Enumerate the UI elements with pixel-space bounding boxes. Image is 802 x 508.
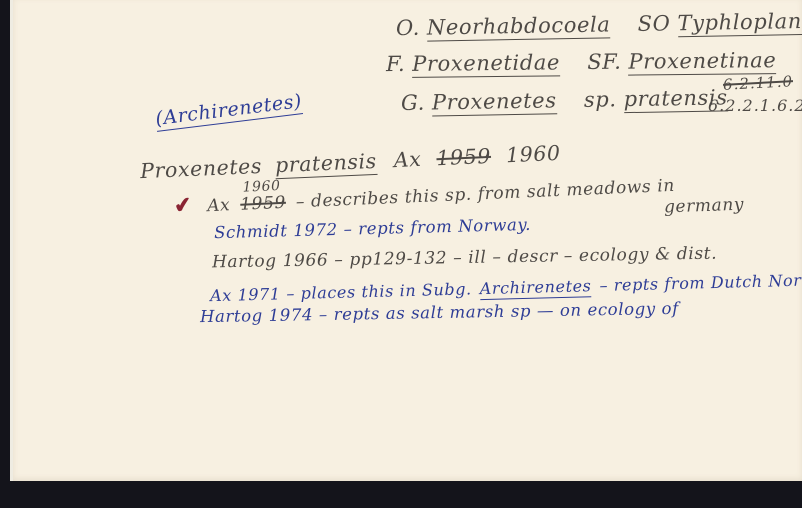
- heading-year-corrected: 1960: [506, 141, 562, 167]
- entry-schmidt-1972: Schmidt 1972 – repts from Norway.: [214, 215, 531, 242]
- heading-year-struck: 1959: [436, 144, 492, 170]
- subfamily-group: SF.Proxenetinae: [587, 48, 776, 74]
- suborder-name: Typhloplanoida: [677, 8, 802, 37]
- entry-ax-1971: Ax 1971 – places this in Subg.Archirenet…: [210, 268, 802, 305]
- red-checkmark-icon: ✔: [172, 191, 194, 218]
- index-card: O.Neorhabdocoela SOTyphloplanoida F.Prox…: [10, 0, 802, 481]
- scanned-card-photo: O.Neorhabdocoela SOTyphloplanoida F.Prox…: [0, 0, 802, 508]
- year-correction-group: 1960 1959: [240, 193, 287, 215]
- order-name: Neorhabdocoela: [427, 12, 611, 41]
- catalog-code-revised: 6.2.2.1.6.2: [708, 96, 802, 115]
- genus-label: G.: [401, 91, 425, 115]
- heading-author: Ax: [393, 147, 422, 172]
- subgenus-annotation-text: (Archirenetes): [154, 90, 303, 132]
- entry-hartog-1966: Hartog 1966 – pp129-132 – ill – descr – …: [212, 244, 717, 273]
- suborder-group: SOTyphloplanoida: [637, 8, 802, 36]
- corrected-year: 1960: [242, 178, 281, 196]
- family-name: Proxenetidae: [412, 50, 560, 78]
- family-label: F.: [386, 52, 405, 76]
- species-label: sp.: [584, 87, 617, 112]
- genus-name: Proxenetes: [432, 88, 557, 116]
- struck-year: 1959: [240, 193, 287, 215]
- entry-ax-1971-post: – repts from Dutch North Sea Coast: [599, 268, 802, 295]
- suborder-label: SO: [637, 11, 670, 36]
- taxonomy-line-family: F.Proxenetidae SF.Proxenetinae: [386, 48, 797, 76]
- entry-ax-1960: Ax 1960 1959 – describes this sp. from s…: [207, 176, 676, 216]
- order-group: O.Neorhabdocoela: [396, 12, 611, 40]
- subfamily-label: SF.: [587, 50, 621, 74]
- species-heading: Proxenetes pratensis Ax 1959 1960: [140, 141, 561, 183]
- species-group: sp.pratensis: [584, 85, 728, 112]
- subfamily-name: Proxenetinae: [628, 48, 776, 76]
- taxonomy-line-genus: G.Proxenetes sp.pratensis: [401, 85, 748, 115]
- catalog-code-struck: 6.2.11.0: [723, 72, 794, 94]
- subgenus-annotation: (Archirenetes): [154, 90, 303, 130]
- order-label: O.: [396, 16, 420, 40]
- taxonomy-line-order: O.Neorhabdocoela SOTyphloplanoida: [396, 8, 802, 40]
- entry-ax-1971-pre: Ax 1971 – places this in Subg.: [210, 279, 472, 305]
- entry-ax-1960-continuation: germany: [664, 195, 745, 218]
- family-group: F.Proxenetidae: [386, 50, 560, 76]
- entry-author: Ax: [207, 195, 231, 216]
- entry-ax-1971-subgenus: Archirenetes: [479, 276, 591, 300]
- heading-species: pratensis: [275, 149, 378, 179]
- genus-group: G.Proxenetes: [401, 88, 557, 115]
- entry-text: – describes this sp. from salt meadows i…: [295, 176, 675, 213]
